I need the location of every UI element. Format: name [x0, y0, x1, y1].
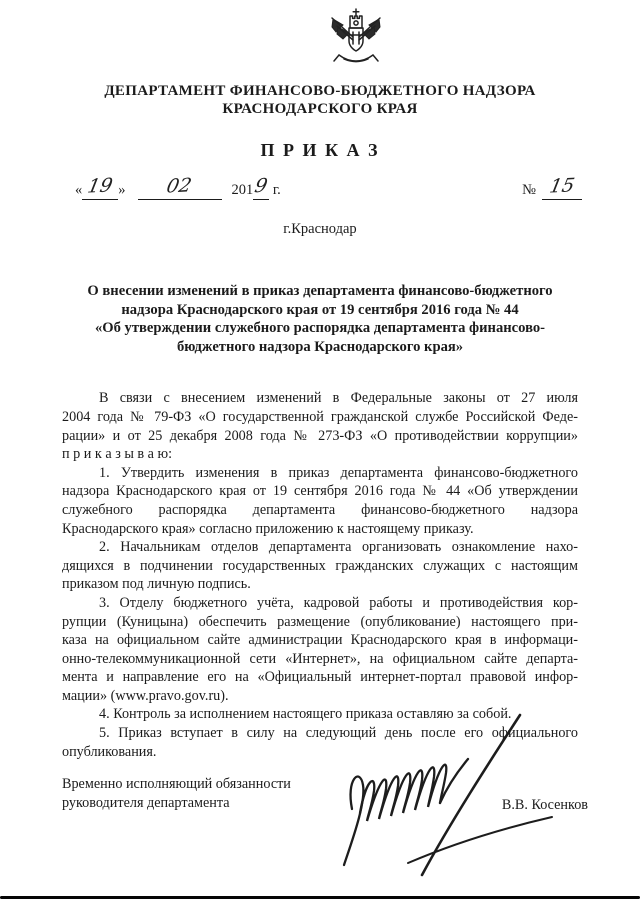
- handwritten-year-digit: 9: [254, 179, 269, 194]
- signer-position-line2: руководителя департамента: [62, 794, 362, 813]
- text-line: рупции (Куницына) обеспечить размещение …: [62, 613, 578, 632]
- text-line: Краснодарского края» согласно приложению…: [62, 520, 578, 539]
- text-line: В связи с внесением изменений в Федераль…: [62, 389, 578, 408]
- coat-of-arms-icon: [324, 8, 388, 71]
- text-line: бюджетного надзора Краснодарского края»: [60, 338, 580, 357]
- text-line: мента и направление его на «Официальный …: [62, 668, 578, 687]
- day-blank: 19: [82, 181, 118, 200]
- department-name: ДЕПАРТАМЕНТ ФИНАНСОВО-БЮДЖЕТНОГО НАДЗОРА…: [40, 83, 600, 118]
- text-line: 2. Начальникам отделов департамента орга…: [62, 538, 578, 557]
- item-3-paragraph: 3. Отделу бюджетного учёта, кадровой раб…: [62, 594, 578, 706]
- year-suffix: г.: [273, 182, 281, 198]
- date-fields: «19»022019 г.: [75, 181, 281, 200]
- close-quote: »: [118, 182, 125, 198]
- item-2-paragraph: 2. Начальникам отделов департамента орга…: [62, 538, 578, 594]
- order-number-field: №15: [522, 181, 582, 200]
- text-line: 2004 года № 79-ФЗ «О государственной гра…: [62, 408, 578, 427]
- item-1-paragraph: 1. Утвердить изменения в приказ департам…: [62, 464, 578, 538]
- signature-block: Временно исполняющий обязанности руковод…: [62, 775, 588, 895]
- handwritten-number: 15: [548, 179, 575, 194]
- year-blank: 9: [253, 181, 269, 200]
- text-line: мации» (www.pravo.gov.ru).: [62, 687, 578, 706]
- month-blank: 02: [138, 181, 222, 200]
- department-name-line2: КРАСНОДАРСКОГО КРАЯ: [40, 101, 600, 119]
- department-name-line1: ДЕПАРТАМЕНТ ФИНАНСОВО-БЮДЖЕТНОГО НАДЗОРА: [40, 83, 600, 101]
- text-line: п р и к а з ы в а ю:: [62, 445, 578, 464]
- text-line: О внесении изменений в приказ департамен…: [60, 282, 580, 301]
- text-line: приказом под личную подпись.: [62, 575, 578, 594]
- signer-name: В.В. Косенков: [502, 797, 588, 814]
- open-quote: «: [75, 182, 82, 198]
- place-line: г.Краснодар: [0, 221, 640, 238]
- scanned-order-document: { "header": { "emblem": "coat-of-arms-kr…: [0, 0, 640, 905]
- number-blank: 15: [542, 181, 582, 200]
- year-prefix: 201: [232, 182, 254, 198]
- signer-position-line1: Временно исполняющий обязанности: [62, 775, 362, 794]
- signer-position: Временно исполняющий обязанности руковод…: [62, 775, 362, 812]
- text-line: надзора Краснодарского края от 19 сентяб…: [60, 301, 580, 320]
- number-sign: №: [522, 182, 536, 198]
- text-line: онно-телекоммуникационной сети «Интернет…: [62, 650, 578, 669]
- text-line: дящихся в подчинении государственных гра…: [62, 557, 578, 576]
- handwritten-day: 19: [87, 179, 114, 194]
- text-line: 3. Отделу бюджетного учёта, кадровой раб…: [62, 594, 578, 613]
- text-line: рации» и от 25 декабря 2008 года № 273-Ф…: [62, 427, 578, 446]
- text-line: надзора Краснодарского края от 19 сентяб…: [62, 482, 578, 501]
- order-title: О внесении изменений в приказ департамен…: [60, 282, 580, 356]
- preamble-paragraph: В связи с внесением изменений в Федераль…: [62, 389, 578, 463]
- document-type-heading: П Р И К А З: [0, 140, 640, 161]
- text-line: «Об утверждении служебного распорядка де…: [60, 319, 580, 338]
- date-and-number-line: «19»022019 г. №15: [75, 179, 582, 207]
- scan-edge-line: [0, 896, 640, 899]
- handwritten-month: 02: [166, 179, 193, 194]
- text-line: служебного распорядка департамента финан…: [62, 501, 578, 520]
- order-body: В связи с внесением изменений в Федераль…: [62, 389, 578, 761]
- text-line: каза на официальном сайте администрации …: [62, 631, 578, 650]
- text-line: 1. Утвердить изменения в приказ департам…: [62, 464, 578, 483]
